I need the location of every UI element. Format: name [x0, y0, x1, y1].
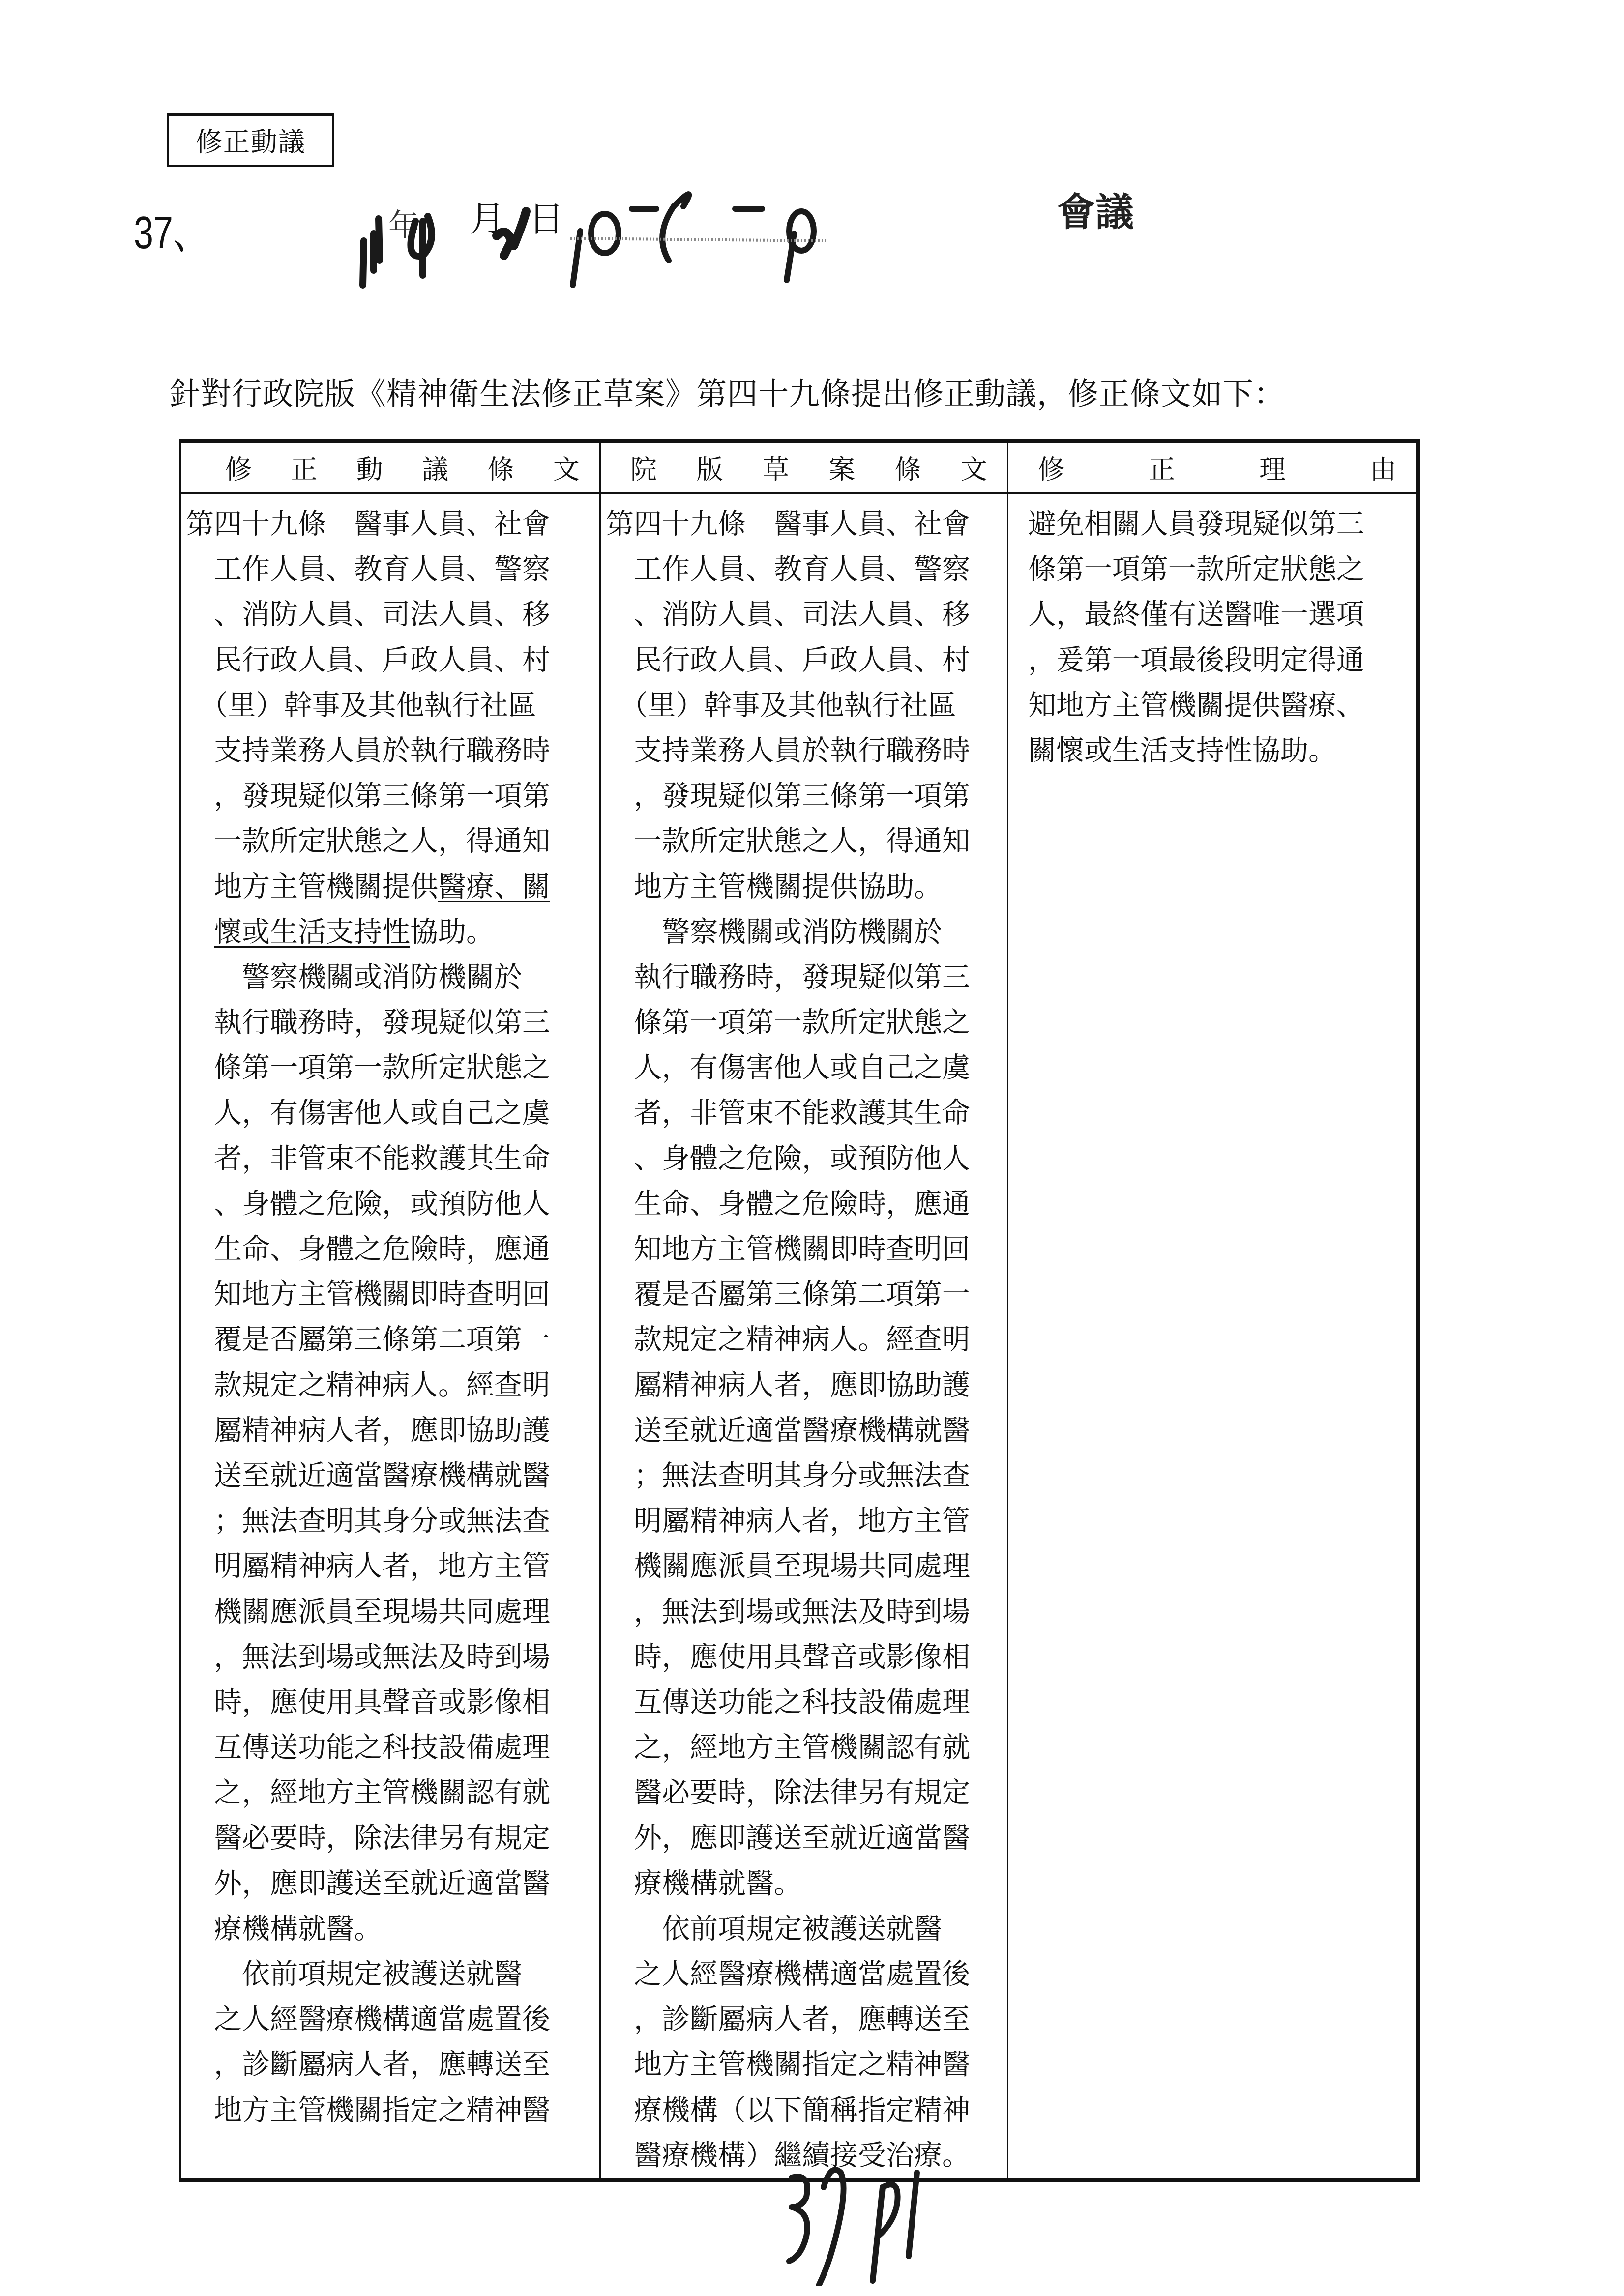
- header-reason: 修 正 理 由: [1008, 441, 1418, 494]
- underlined-amendment: 醫療、關: [438, 871, 550, 903]
- amendment-text-cell: 第四十九條 醫事人員、社會 工作人員、教育人員、警察 、消防人員、司法人員、移 …: [180, 493, 600, 2180]
- day-unit: 日: [529, 198, 564, 239]
- underlined-amendment: 懷或生活支持性: [214, 916, 410, 948]
- handwritten-date: 年 月 日: [354, 162, 1165, 295]
- draft-text-cell: 第四十九條 醫事人員、社會 工作人員、教育人員、警察 、消防人員、司法人員、移 …: [600, 493, 1008, 2180]
- item-number: 37、: [134, 210, 208, 256]
- amendment-comparison-table: 修 正 動 議 條 文 院 版 草 案 條 文: [179, 439, 1420, 2182]
- header-amendment-text: 修 正 動 議 條 文: [180, 441, 600, 494]
- amendment-stamp-box: 修正動議: [167, 113, 334, 167]
- reason-cell: 避免相關人員發現疑似第三 條第一項第一款所定狀態之 人，最終僅有送醫唯一選項 ，…: [1008, 493, 1418, 2180]
- meeting-label: 會議: [1057, 182, 1134, 237]
- table-header-row: 修 正 動 議 條 文 院 版 草 案 條 文: [180, 441, 1418, 494]
- stamp-label: 修正動議: [196, 121, 306, 159]
- intro-text: 針對行政院版《精神衛生法修正草案》第四十九條提出修正動議，修正條文如下：: [170, 370, 1285, 413]
- handwritten-page-mark: 37 P1: [777, 2158, 1072, 2286]
- header-draft-text: 院 版 草 案 條 文: [600, 441, 1008, 494]
- table-row: 第四十九條 醫事人員、社會 工作人員、教育人員、警察 、消防人員、司法人員、移 …: [180, 493, 1418, 2180]
